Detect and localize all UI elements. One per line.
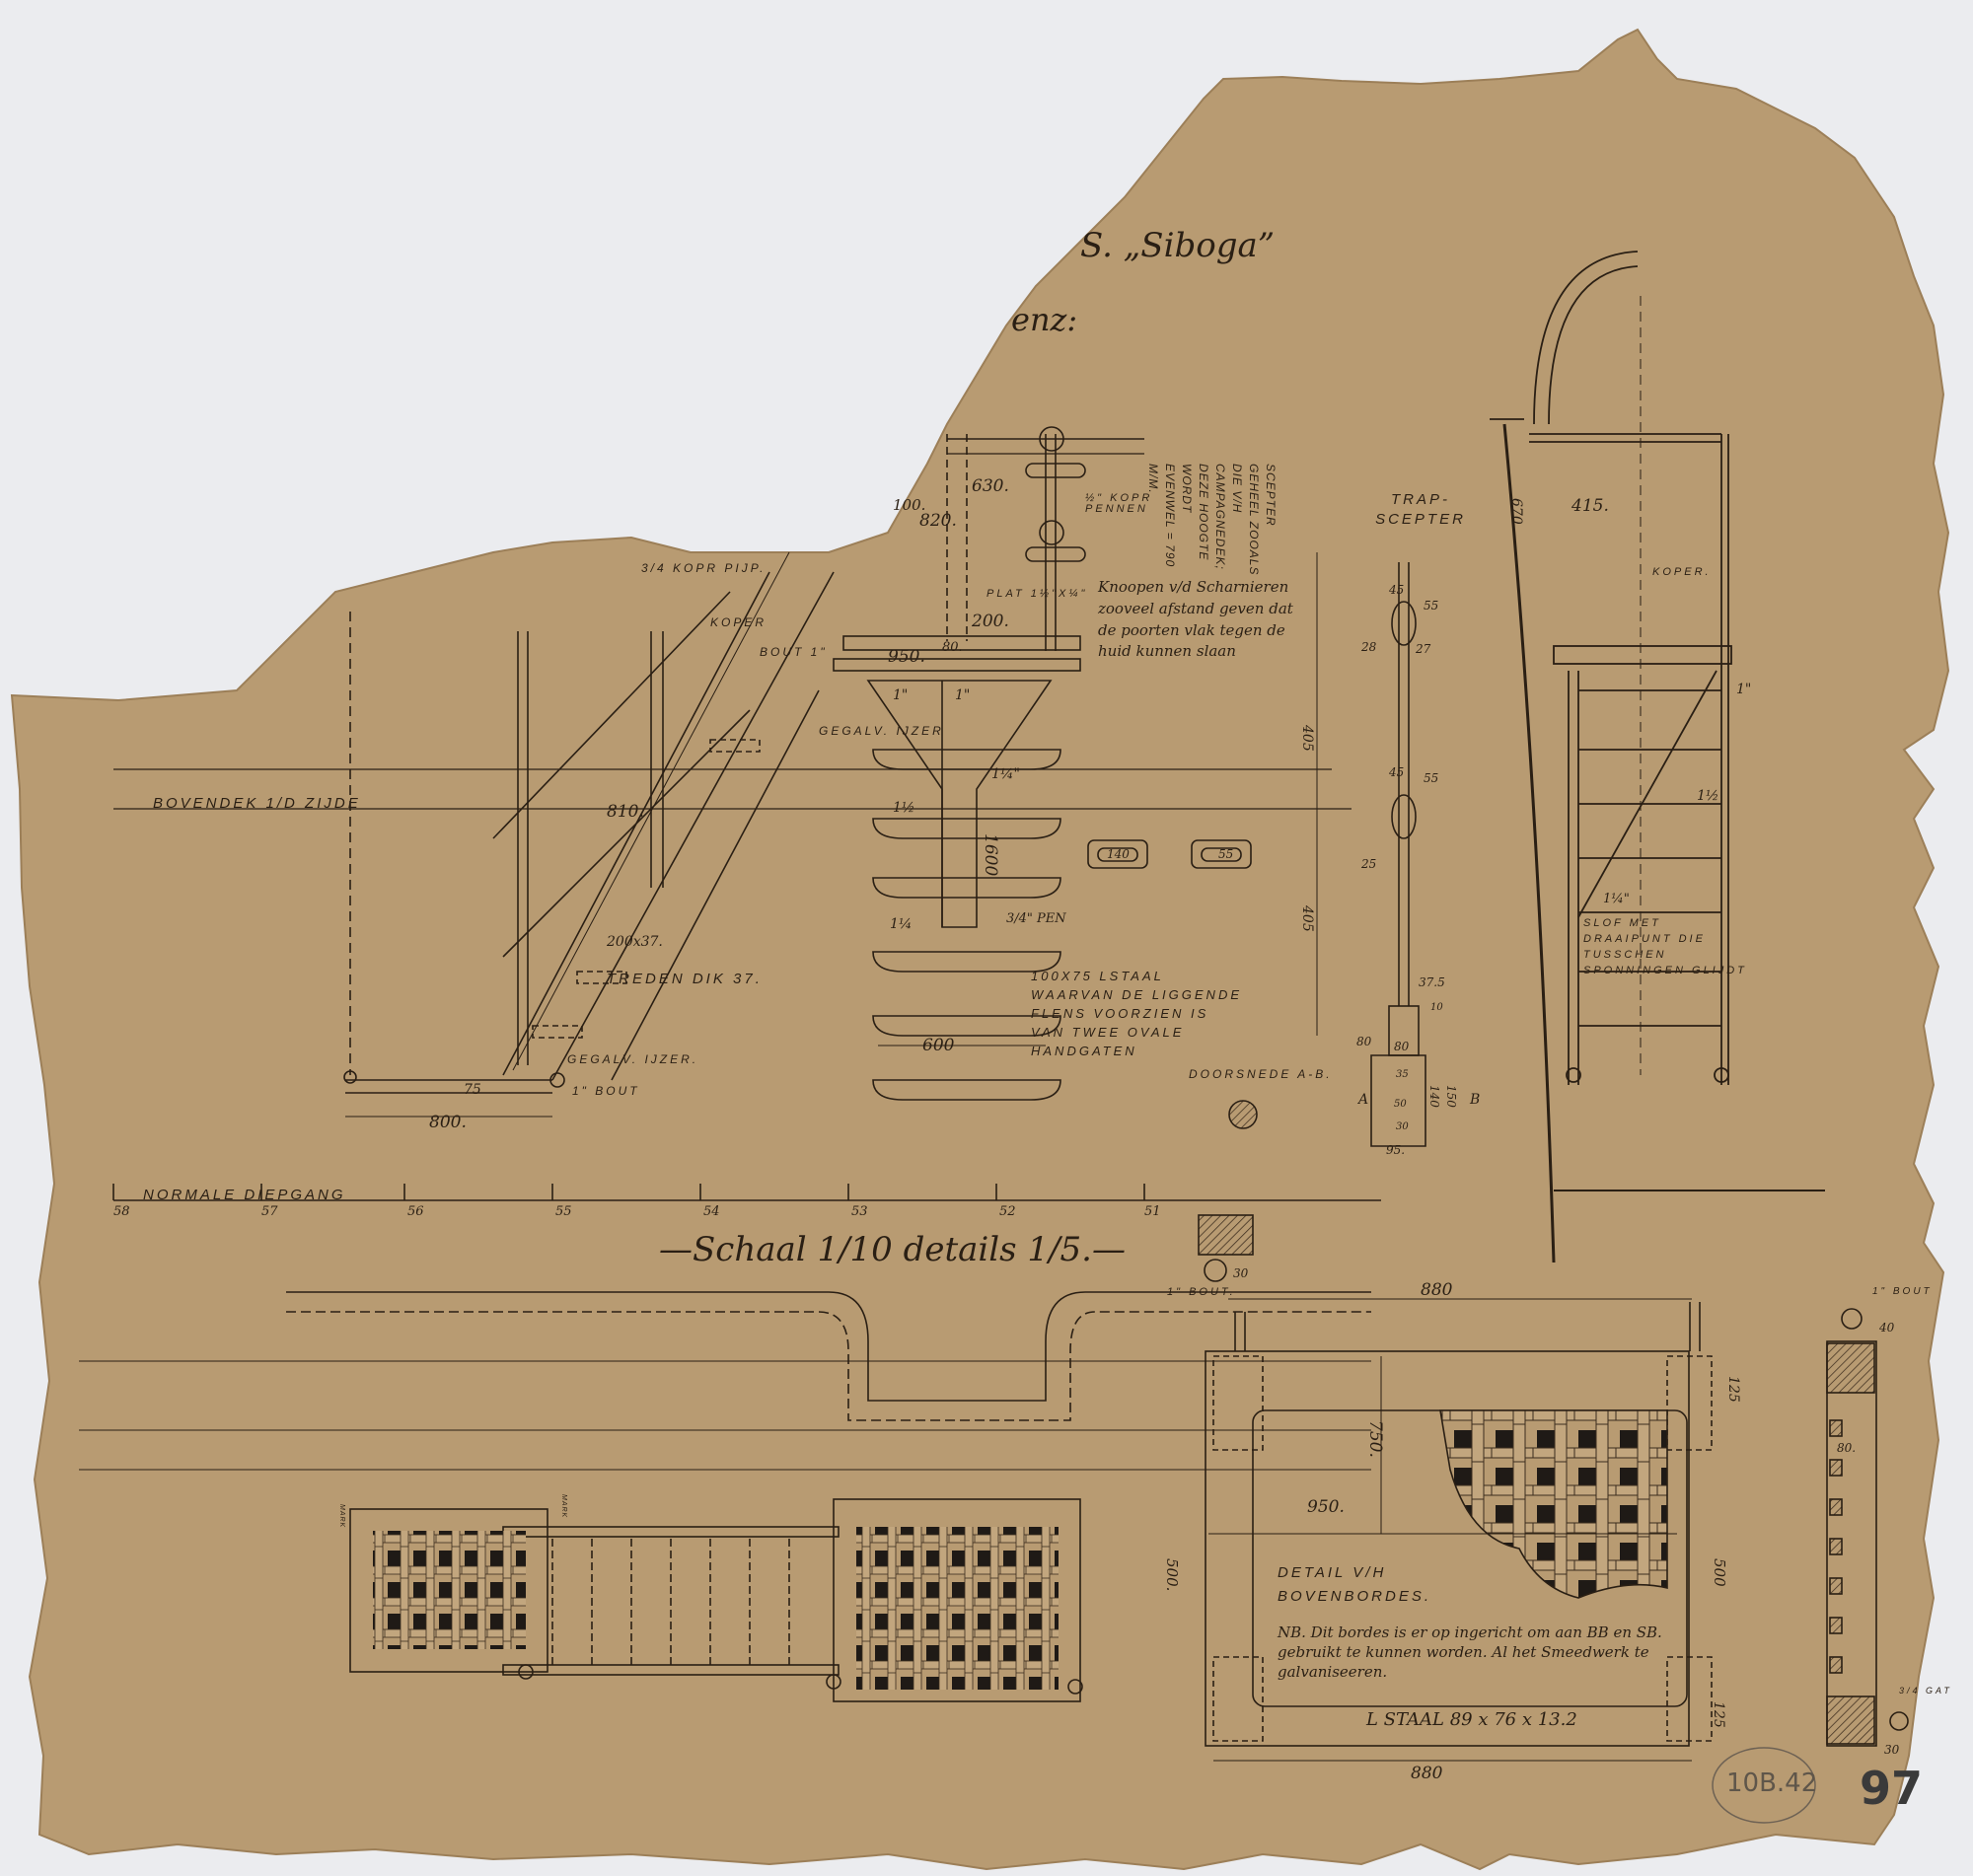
ts-dim-405-b: 405 (1300, 905, 1314, 932)
section-label: DOORSNEDE A-B. (1189, 1068, 1333, 1080)
handhole-55: 55 (1218, 848, 1233, 860)
label-bovendek: BOVENDEK 1/D ZIJDE (153, 796, 361, 811)
section-bolt-label: 1" BOUT (1872, 1287, 1933, 1297)
ts-dim-35: 35 (1396, 1070, 1409, 1080)
platform-dim-880-bottom: 880 (1411, 1766, 1442, 1782)
dim-950: 950. (888, 649, 925, 666)
section-mark-b: B (1470, 1093, 1480, 1107)
ts-dim-45: 45 (1389, 584, 1404, 596)
platform-steel-spec: L STAAL 89 x 76 x 13.2 (1366, 1711, 1577, 1729)
dim-820: 820. (919, 513, 957, 530)
angle-steel-note: 100x75 LSTAAL WAARVAN DE LIGGENDE FLENS … (1031, 967, 1248, 1060)
sheet-number: 97 (1860, 1766, 1923, 1811)
dim-200x37: 200x37. (607, 935, 663, 949)
platform-dim-125-bottom: 125 (1712, 1701, 1725, 1728)
frame-55: 55 (555, 1205, 572, 1218)
ts-dim-140: 140 (1428, 1085, 1440, 1108)
plan-mark-left: MARK (338, 1504, 345, 1528)
platform-dim-950: 950. (1307, 1499, 1345, 1516)
section-mark-a: A (1358, 1093, 1368, 1107)
label-gegalv-bottom: GEGALV. IJZER. (567, 1053, 698, 1065)
archive-number: 10B.42 (1726, 1770, 1817, 1796)
dim-200: 200. (972, 613, 1009, 630)
label-koper-pipe: 3/4 KOPR PIJP. (641, 562, 767, 574)
dim-75: 75 (464, 1083, 481, 1097)
label-bout: BOUT 1" (760, 646, 828, 658)
scale-note: —Schaal 1/10 details 1/5.— (659, 1233, 1126, 1266)
handhole-140: 140 (1107, 848, 1130, 860)
dim-1-inch-b: 1" (955, 688, 970, 702)
ts-dim-80-a: 80 (1356, 1036, 1371, 1047)
dim-1-quarter-b: 1¼ (890, 917, 912, 931)
platform-dim-500-right: 500 (1712, 1558, 1726, 1587)
trap-scepter-title: TRAP-SCEPTER (1366, 490, 1475, 530)
platform-bolt-label: 1" BOUT. (1167, 1287, 1236, 1298)
section-dim-30: 30 (1884, 1744, 1899, 1756)
dim-600: 600 (922, 1038, 954, 1054)
frame-54: 54 (703, 1205, 720, 1218)
fe-dim-1-half: 1½ (1697, 789, 1718, 803)
ts-dim-10: 10 (1430, 1003, 1443, 1013)
ts-dim-30: 30 (1396, 1122, 1409, 1132)
label-normale-diepgang: NORMALE DIEPGANG (143, 1188, 346, 1202)
ts-dim-80-b: 80 (1394, 1041, 1409, 1052)
platform-dim-500-left: 500. (1164, 1558, 1179, 1591)
frame-58: 58 (113, 1205, 130, 1218)
label-treden: TREDEN DIK 37. (607, 972, 763, 986)
dim-1-inch-a: 1" (893, 688, 908, 702)
ts-dim-150: 150 (1445, 1085, 1457, 1108)
platform-dim-125-top: 125 (1726, 1376, 1740, 1403)
dim-630: 630. (972, 478, 1009, 495)
frame-51: 51 (1144, 1205, 1161, 1218)
ts-dim-95: 95. (1386, 1144, 1405, 1156)
platform-dim-30: 30 (1233, 1267, 1248, 1279)
label-koper-front: KOPER. (1652, 567, 1712, 578)
ts-dim-45-b: 45 (1389, 766, 1404, 778)
section-hole-label: 3/4 GAT (1899, 1687, 1952, 1696)
platform-detail-title: DETAIL V/H BOVENBORDES. (1278, 1561, 1524, 1609)
scepter-note: SCEPTER GEHEEL ZOOALS DIE V/H CAMPAGNEDE… (1144, 464, 1279, 577)
ts-dim-28: 28 (1361, 641, 1376, 653)
label-plat: PLAT 1½"x¼" (986, 589, 1087, 600)
frame-57: 57 (261, 1205, 278, 1218)
label-bout-bottom: 1" BOUT (572, 1085, 640, 1097)
label-koper: KOPER (710, 616, 767, 628)
dim-800: 800. (429, 1115, 467, 1131)
ship-title: S. „Siboga” (1080, 229, 1275, 262)
ship-subtitle: enz: (1011, 304, 1077, 335)
plan-mark-right: MARK (560, 1494, 567, 1518)
ts-dim-405-a: 405 (1300, 725, 1314, 752)
ts-dim-50: 50 (1394, 1100, 1407, 1110)
frame-53: 53 (851, 1205, 868, 1218)
hinge-note: Knoopen v/d Scharnieren zooveel afstand … (1098, 577, 1305, 663)
platform-detail-note: NB. Dit bordes is er op ingericht om aan… (1278, 1623, 1672, 1682)
section-dim-40: 40 (1879, 1322, 1894, 1334)
dim-pen: 3/4" PEN (1006, 912, 1066, 925)
fe-dim-415: 415. (1571, 498, 1609, 515)
ts-dim-27: 27 (1416, 643, 1430, 655)
dim-80: 80. (942, 641, 963, 654)
fe-dim-670: 670 (1509, 498, 1523, 525)
drawing-sheet: S. „Siboga” enz: —Schaal 1/10 details 1/… (0, 0, 1973, 1876)
fe-dim-1-quarter: 1¼" (1603, 893, 1630, 905)
label-slof: SLOF MET DRAAIPUNT DIE TUSSCHEN SPONNING… (1583, 915, 1751, 978)
platform-dim-750: 750. (1366, 1420, 1383, 1458)
ts-dim-25: 25 (1361, 858, 1376, 870)
fe-dim-1-inch: 1" (1736, 683, 1751, 696)
ts-dim-55: 55 (1424, 600, 1438, 612)
frame-52: 52 (999, 1205, 1016, 1218)
dim-1-half: 1½ (893, 801, 914, 815)
frame-56: 56 (407, 1205, 424, 1218)
dim-100: 100. (893, 498, 925, 513)
dim-1-quarter: 1¼" (991, 767, 1020, 781)
label-gegalv-top: GEGALV. IJZER (819, 725, 944, 737)
dim-1600: 1600 (982, 833, 998, 876)
ts-dim-55-b: 55 (1424, 772, 1438, 784)
section-dim-80: 80. (1837, 1442, 1856, 1454)
platform-dim-880-top: 880 (1421, 1282, 1452, 1299)
dim-810: 810. (607, 804, 644, 821)
ts-dim-37-5: 37.5 (1419, 976, 1445, 988)
